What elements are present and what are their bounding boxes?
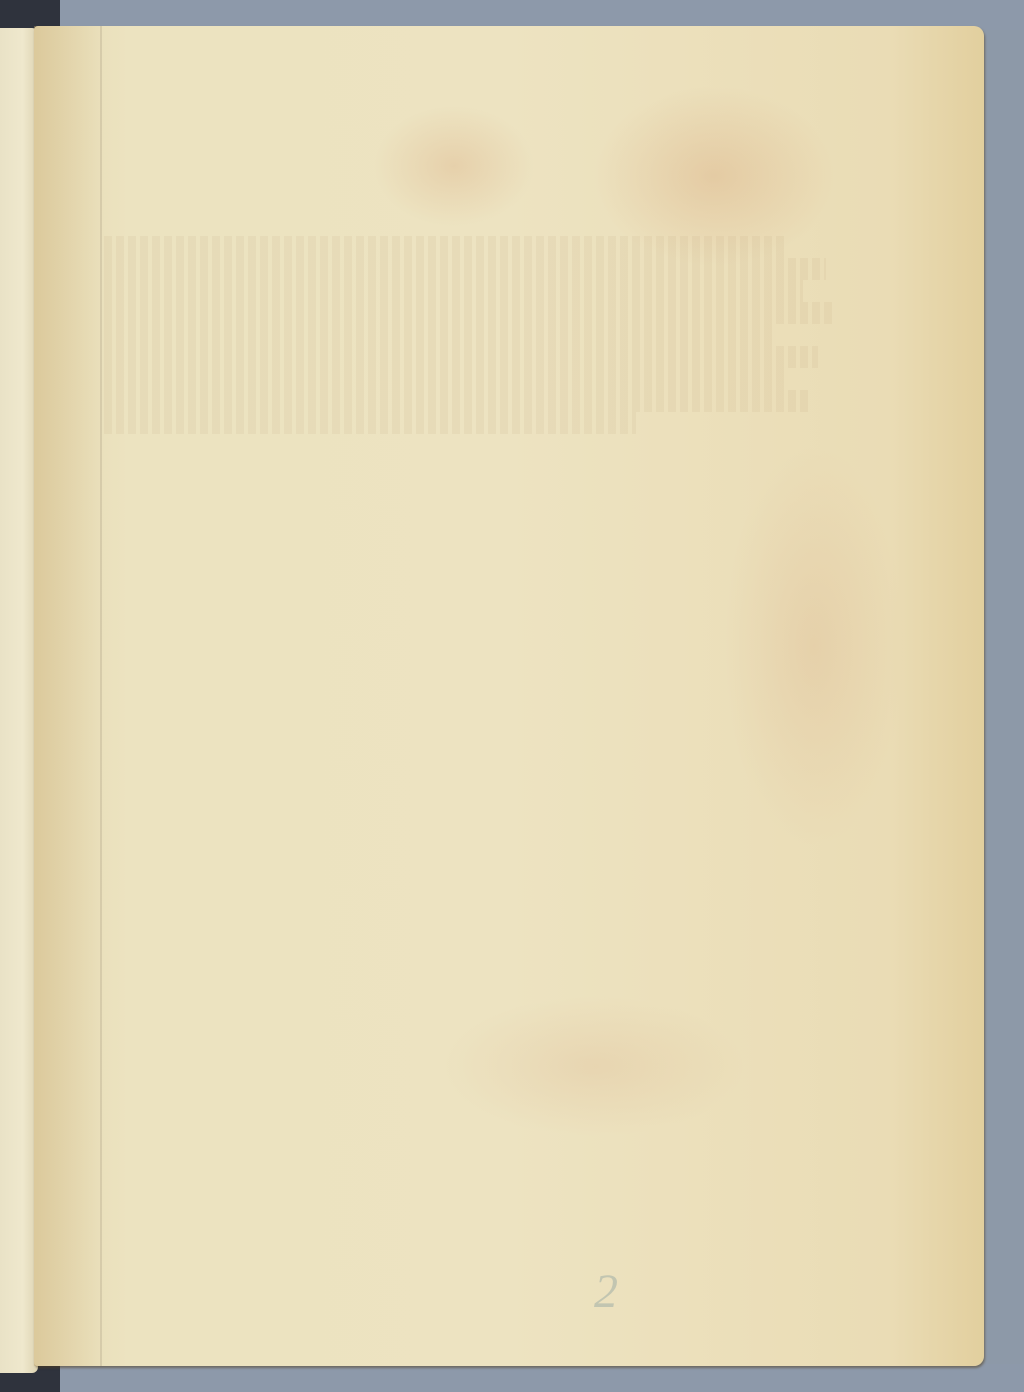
scan-background-bottom bbox=[60, 1364, 1024, 1392]
show-through-text bbox=[104, 86, 864, 434]
book-page: 2 bbox=[34, 26, 984, 1366]
binding-shadow bbox=[34, 26, 104, 1366]
facing-page-edge bbox=[0, 28, 38, 1373]
handwritten-page-mark: 2 bbox=[594, 1264, 618, 1319]
gutter-line bbox=[100, 26, 102, 1366]
